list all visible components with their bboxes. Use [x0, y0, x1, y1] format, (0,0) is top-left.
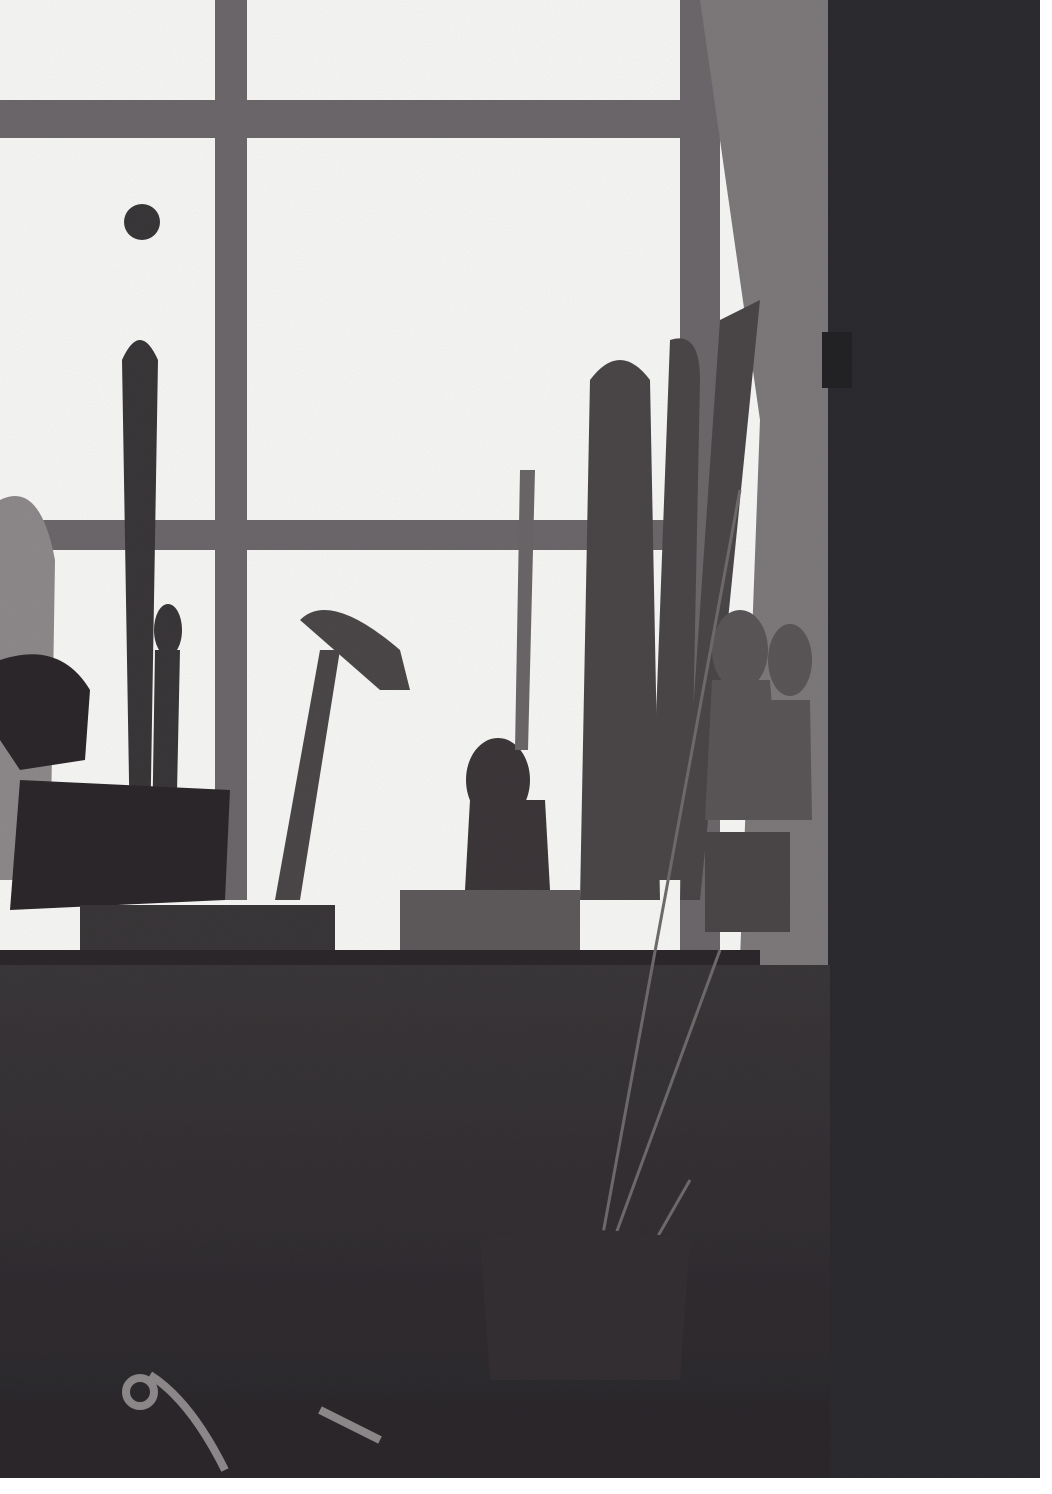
bucket	[480, 1230, 690, 1380]
studio-window-photo	[0, 0, 1040, 1478]
dark-pillar	[828, 0, 1040, 1478]
